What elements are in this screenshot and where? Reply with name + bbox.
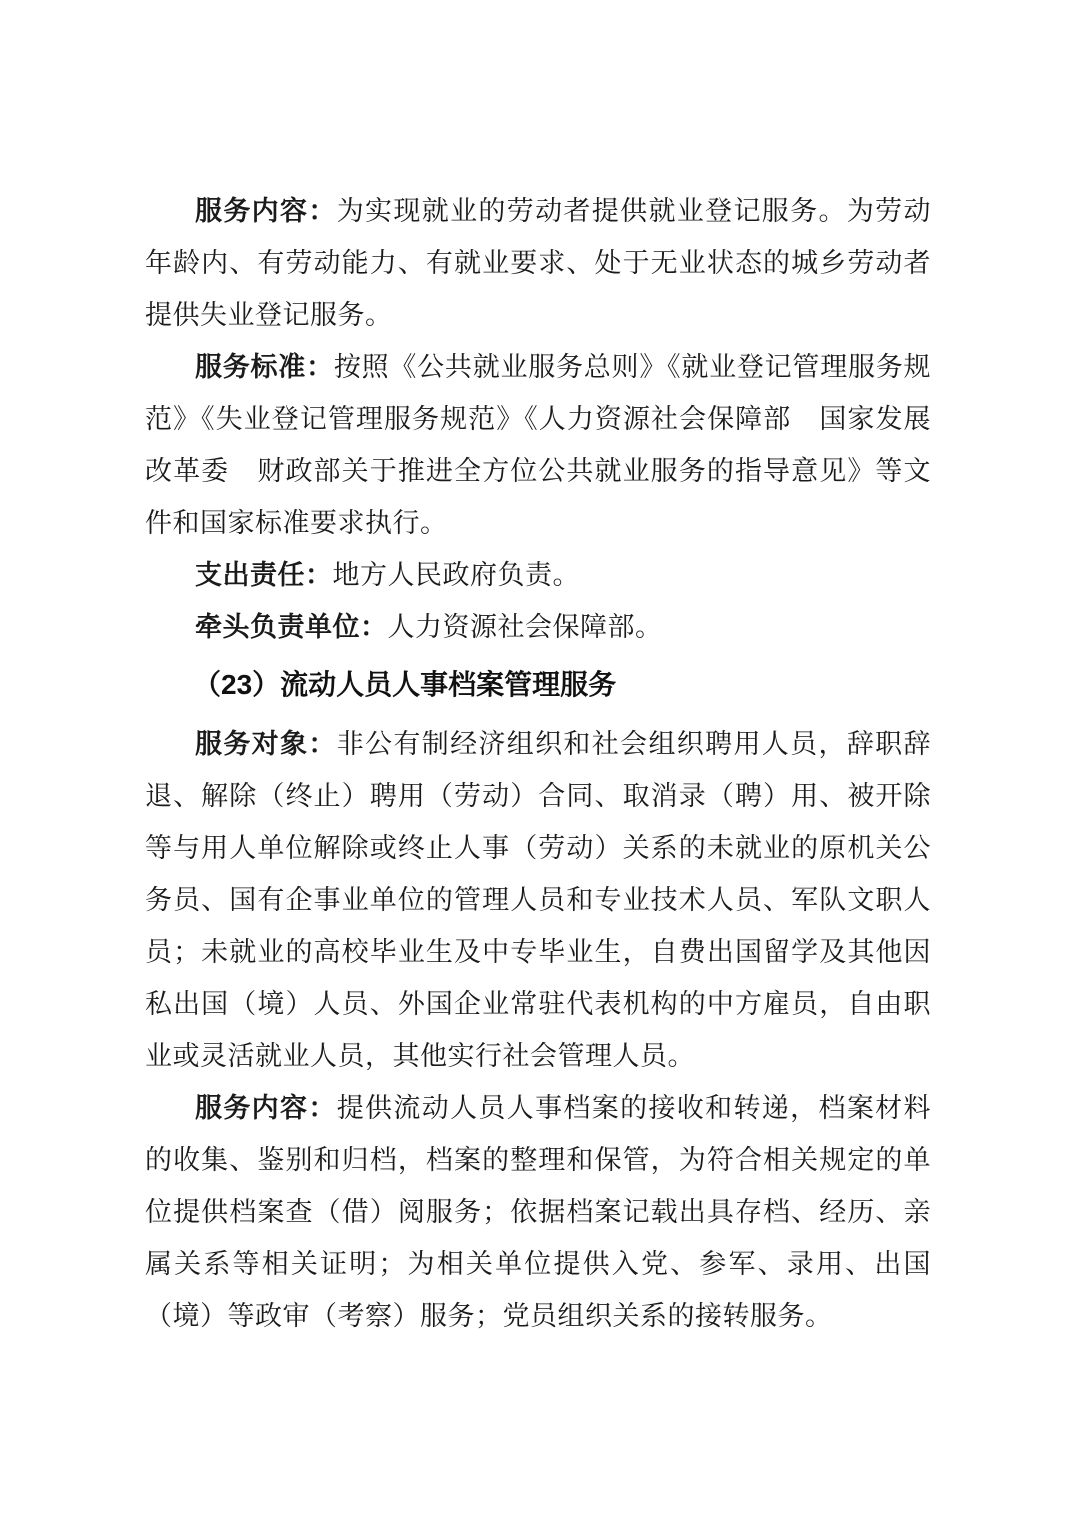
document-page: 服务内容：为实现就业的劳动者提供就业登记服务。为劳动年龄内、有劳动能力、有就业要… xyxy=(0,0,1074,1520)
paragraph-label: 牵头负责单位： xyxy=(195,612,388,642)
paragraph-expenditure-responsibility: 支出责任：地方人民政府负责。 xyxy=(145,549,931,601)
paragraph-text: 提供流动人员人事档案的接收和转递，档案材料的收集、鉴别和归档，档案的整理和保管，… xyxy=(145,1093,931,1331)
heading-title: 流动人员人事档案管理服务 xyxy=(280,669,616,700)
paragraph-service-target: 服务对象：非公有制经济组织和社会组织聘用人员，辞职辞退、解除（终止）聘用（劳动）… xyxy=(145,718,931,1082)
paragraph-label: 服务对象： xyxy=(195,729,337,759)
paragraph-label: 服务内容： xyxy=(195,196,337,226)
paragraph-text: 地方人民政府负责。 xyxy=(333,560,581,590)
paragraph-service-standard: 服务标准：按照《公共就业服务总则》《就业登记管理服务规范》《失业登记管理服务规范… xyxy=(145,341,931,549)
heading-number: （23） xyxy=(193,669,280,700)
document-content: 服务内容：为实现就业的劳动者提供就业登记服务。为劳动年龄内、有劳动能力、有就业要… xyxy=(145,185,931,1342)
paragraph-text: 非公有制经济组织和社会组织聘用人员，辞职辞退、解除（终止）聘用（劳动）合同、取消… xyxy=(145,729,931,1071)
paragraph-label: 支出责任： xyxy=(195,560,333,590)
paragraph-lead-unit: 牵头负责单位：人力资源社会保障部。 xyxy=(145,601,931,653)
section-heading-item-23: （23）流动人员人事档案管理服务 xyxy=(145,659,931,711)
paragraph-text: 人力资源社会保障部。 xyxy=(388,612,663,642)
paragraph-label: 服务内容： xyxy=(195,1093,337,1123)
paragraph-service-content-2: 服务内容：提供流动人员人事档案的接收和转递，档案材料的收集、鉴别和归档，档案的整… xyxy=(145,1082,931,1342)
paragraph-service-content-1: 服务内容：为实现就业的劳动者提供就业登记服务。为劳动年龄内、有劳动能力、有就业要… xyxy=(145,185,931,341)
paragraph-label: 服务标准： xyxy=(195,352,334,382)
